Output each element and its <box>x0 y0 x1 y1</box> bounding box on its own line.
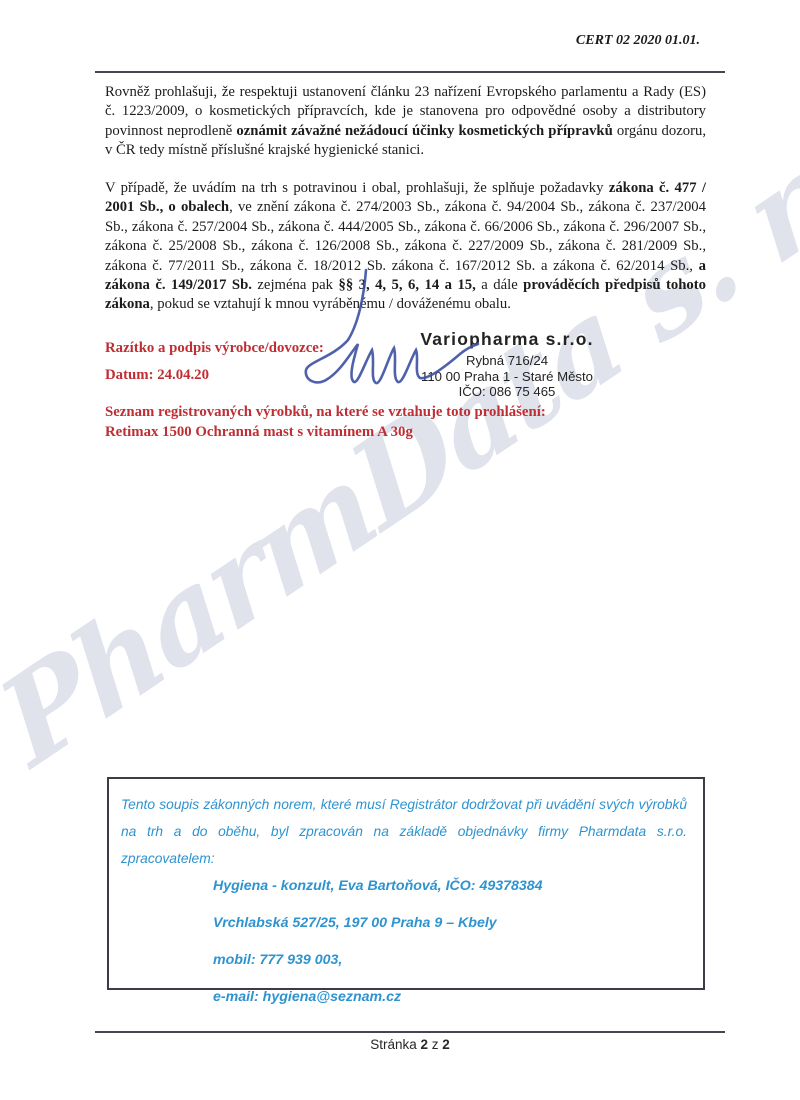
page-number: Stránka 2 z 2 <box>95 1037 725 1052</box>
document-page: PharmData s. r. o. CERT 02 2020 01.01. R… <box>0 0 800 1100</box>
footer-divider <box>95 1031 725 1033</box>
processor-email: e-mail: hygiena@seznam.cz <box>213 989 687 1006</box>
registered-products-heading: Seznam registrovaných výrobků, na které … <box>105 404 546 421</box>
product-name: Retimax 1500 Ochranná mast s vitamínem A… <box>105 424 413 441</box>
processor-phone: mobil: 777 939 003, <box>213 952 687 969</box>
document-code: CERT 02 2020 01.01. <box>576 33 700 49</box>
processor-info-box: Tento soupis zákonných norem, které musí… <box>107 777 705 990</box>
processor-contact-name: Hygiena - konzult, Eva Bartoňová, IČO: 4… <box>213 878 687 895</box>
processor-address: Vrchlabská 527/25, 197 00 Praha 9 – Kbel… <box>213 915 687 932</box>
date-label: Datum: 24.04.20 <box>105 367 209 384</box>
header-divider <box>95 71 725 73</box>
processor-note: Tento soupis zákonných norem, které musí… <box>121 791 687 872</box>
paragraph-cosmetics-obligation: Rovněž prohlašuji, že respektuji ustanov… <box>105 83 706 161</box>
handwritten-signature <box>288 262 488 402</box>
